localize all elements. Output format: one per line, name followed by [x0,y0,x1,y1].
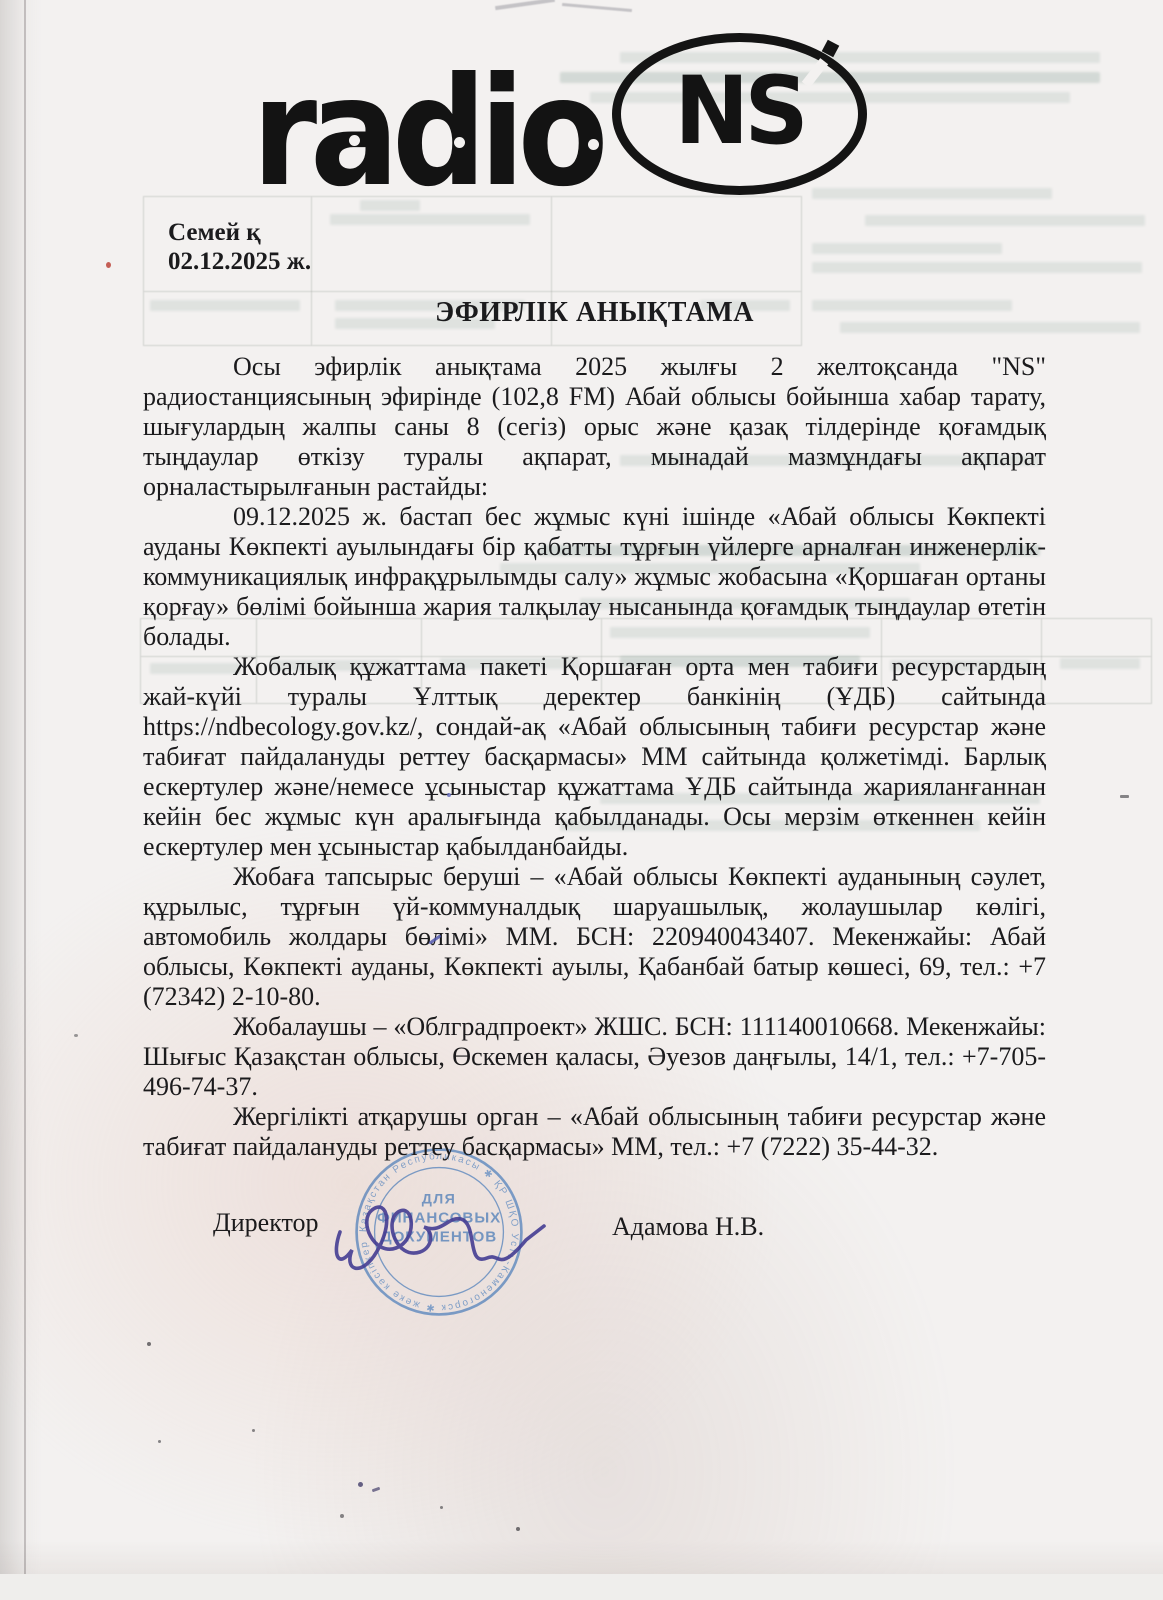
pencil-mark [562,3,632,12]
logo-ring-tab [822,40,840,58]
ink-speck [340,1514,344,1518]
ink-speck [158,1440,161,1443]
ink-speck [106,262,111,268]
signatory-name: Адамова Н.В. [612,1212,764,1242]
ink-speck [516,1527,520,1531]
date-line: 02.12.2025 ж. [168,247,311,276]
city-date-block: Семей қ 02.12.2025 ж. [168,218,311,276]
logo-ring-notch [802,58,828,88]
scan-edge-line [24,0,26,1600]
bleedthrough-text [865,215,1145,226]
ink-speck [447,793,451,797]
ink-speck [74,1034,78,1037]
body-paragraph: Жергілікті атқарушы орган – «Абай облысы… [143,1102,1046,1162]
ink-speck [372,1487,381,1493]
bleedthrough-text [1060,658,1140,669]
ink-speck [440,1506,443,1509]
body-paragraph: Жобаға тапсырыс беруші – «Абай облысы Кө… [143,862,1046,1012]
body-paragraph: Осы эфирлік анықтама 2025 жылғы 2 желтоқ… [143,352,1046,502]
ink-speck [147,1342,151,1346]
city-line: Семей қ [168,218,311,247]
vinyl-hole-icon [454,137,465,148]
body-paragraph: 09.12.2025 ж. бастап бес жұмыс күні ішін… [143,502,1046,652]
logo-word-radio: radio [252,58,601,208]
signatory-role: Директор [213,1208,319,1238]
ink-speck [1120,795,1129,798]
pencil-mark [495,0,555,10]
body-paragraph: Жобалық құжаттама пакеті Қоршаған орта м… [143,652,1046,862]
bleedthrough-text [812,262,1142,273]
document-page: radio NS Семей қ 02.12.2025 ж. ’ ЭФИРЛІК… [0,0,1163,1600]
vinyl-hole-icon [349,135,360,146]
vinyl-hole-icon [588,139,599,150]
ink-speck [252,1429,255,1432]
bleedthrough-text [812,243,1002,254]
logo-ns-text: NS [675,57,805,166]
scan-bottom-strip [0,1574,1163,1600]
document-title: ЭФИРЛІК АНЫҚТАМА [143,297,1046,329]
radio-ns-logo: radio NS [252,20,870,200]
handwritten-signature [330,1172,582,1304]
document-body: Осы эфирлік анықтама 2025 жылғы 2 желтоқ… [143,352,1046,1162]
body-paragraph: Жобалаушы – «Облградпроект» ЖШС. БСН: 11… [143,1012,1046,1102]
ink-speck [358,1482,363,1487]
logo-ns-badge: NS [612,33,867,195]
